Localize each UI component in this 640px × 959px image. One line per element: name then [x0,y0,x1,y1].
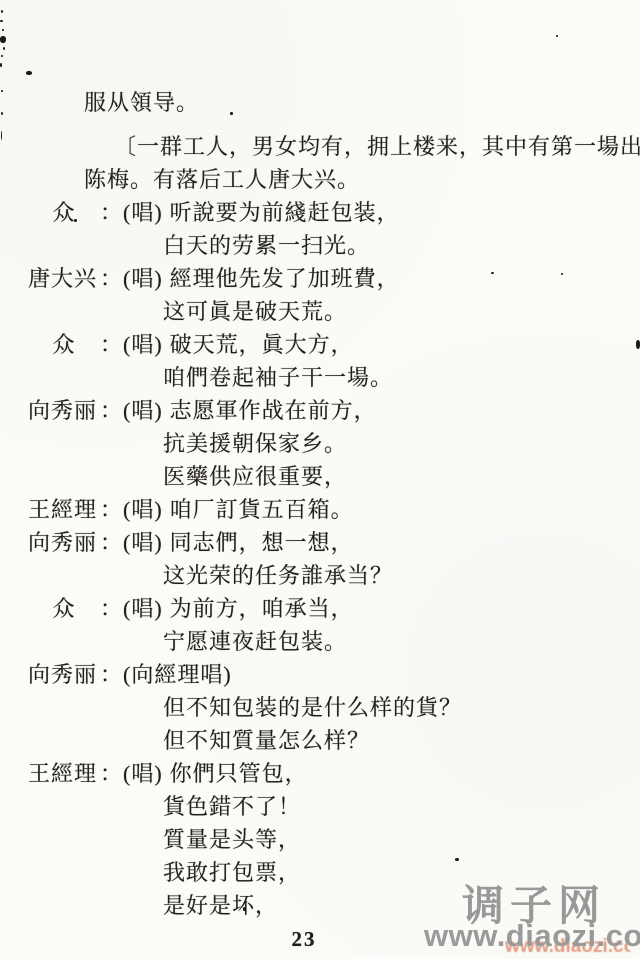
lyric-continuation-line: 白天的劳累一扫光。 [0,229,640,262]
sung-cue: (唱) [123,328,163,361]
speaker-colon: ： [100,196,123,229]
sung-cue: (向經理唱) [123,658,232,691]
lyric-line: 听說要为前綫赶包装， [170,196,400,229]
sung-cue: (唱) [123,592,163,625]
sung-cue: (唱) [123,262,163,295]
speaker-cell: 众： [28,592,123,625]
dialogue-entry-first-line: 众： (唱) 为前方，咱承当， [0,592,640,625]
lyric-line: 破天荒，眞大方， [170,328,354,361]
speaker-name: 众 [28,592,100,625]
speaker-colon: ： [100,658,123,691]
dialogue-entry: 向秀丽： (唱) 志愿軍作战在前方， 抗美援朝保家乡。医藥供应很重要， [0,394,640,493]
script-text-block: 服从領导。 〔一群工人，男女均有，拥上楼来，其中有第一場出現过的 陈梅。有落后工… [0,0,640,952]
lyric-line: 你們只管包， [170,757,308,790]
lyric-continuation-line: 这可眞是破天荒。 [0,295,640,328]
ink-speck [230,112,233,115]
lyric-continuation-line: 抗美援朝保家乡。 [0,427,640,460]
sung-cue: (唱) [123,757,163,790]
speaker-name: 唐大兴 [28,262,100,295]
lyric-line: 咱厂訂貨五百箱。 [170,493,354,526]
speaker-name: 王經理 [28,493,100,526]
scanned-page: 服从領导。 〔一群工人，男女均有，拥上楼来，其中有第一場出現过的 陈梅。有落后工… [0,0,640,959]
stage-direction-line: 〔一群工人，男女均有，拥上楼来，其中有第一場出現过的 [0,130,640,163]
lyric-continuation-line: 医藥供应很重要， [0,460,640,493]
lyric-continuation-line: 質量是头等， [0,823,640,856]
speaker-cell: 向秀丽： [28,394,123,427]
ink-speck [26,71,32,75]
sung-cue: (唱) [123,493,163,526]
dialogue-entry-first-line: 唐大兴： (唱) 經理他先发了加班費， [0,262,640,295]
dialogue-entry: 唐大兴： (唱) 經理他先发了加班費， 这可眞是破天荒。 [0,262,640,328]
speaker-name: 王經理 [28,757,100,790]
lyric-continuation-line: 但不知包装的是什么样的貨？ [0,691,640,724]
lyric-line: 为前方，咱承当， [170,592,354,625]
dialogue-entry: 众： (唱) 破天荒，眞大方， 咱們卷起袖子干一場。 [0,328,640,394]
ink-speck [2,29,4,31]
speaker-cell: 众： [28,328,123,361]
speaker-cell: 众： [28,196,123,229]
dialogue-entry: 向秀丽： (唱) 同志們，想一想， 这光荣的任务誰承当？ [0,526,640,592]
dialogue-entry: 众： (唱) 为前方，咱承当， 宁愿連夜赶包装。 [0,592,640,658]
dialogue-entry: 向秀丽： (向經理唱) 但不知包装的是什么样的貨？但不知質量怎么样？ [0,658,640,757]
lyric-line: 經理他先发了加班費， [170,262,400,295]
dialogue-list: 众： (唱) 听說要为前綫赶包装， 白天的劳累一扫光。 唐大兴： (唱) 經理他… [0,196,640,922]
speaker-cell: 唐大兴： [28,262,123,295]
ink-speck [74,219,77,222]
speaker-name: 众 [28,196,100,229]
speaker-name: 向秀丽 [28,658,100,691]
ink-speck [556,35,558,37]
ink-speck [0,20,3,22]
dialogue-entry: 王經理： (唱) 咱厂訂貨五百箱。 [0,493,640,526]
dialogue-entry-first-line: 王經理： (唱) 咱厂訂貨五百箱。 [0,493,640,526]
speaker-cell: 王經理： [28,757,123,790]
dialogue-entry-first-line: 向秀丽： (向經理唱) [0,658,640,691]
speaker-cell: 向秀丽： [28,526,123,559]
sung-cue: (唱) [123,196,163,229]
ink-speck [1,10,3,13]
speaker-colon: ： [100,262,123,295]
lyric-continuation-line: 貨色錯不了！ [0,790,640,823]
ink-speck [561,273,563,275]
ink-speck [1,90,3,92]
lyric-line: 同志們，想一想， [170,526,354,559]
ink-speck [0,36,6,43]
speaker-colon: ： [100,328,123,361]
dialogue-entry-first-line: 王經理： (唱) 你們只管包， [0,757,640,790]
watermark-site-url: www.diaozi.com [424,918,640,954]
dialogue-text-line: 服从領导。 [0,86,640,119]
speaker-name: 向秀丽 [28,526,100,559]
ink-speck [243,907,246,911]
ink-speck [491,272,494,274]
dialogue-entry-first-line: 向秀丽： (唱) 同志們，想一想， [0,526,640,559]
speaker-cell: 向秀丽： [28,658,123,691]
lyric-continuation-line: 咱們卷起袖子干一場。 [0,361,640,394]
speaker-colon: ： [100,526,123,559]
speaker-name: 众 [28,328,100,361]
dialogue-entry: 众： (唱) 听說要为前綫赶包装， 白天的劳累一扫光。 [0,196,640,262]
dialogue-entry-first-line: 众： (唱) 听說要为前綫赶包装， [0,196,640,229]
lyric-continuation-line: 但不知質量怎么样？ [0,724,640,757]
dialogue-entry-first-line: 众： (唱) 破天荒，眞大方， [0,328,640,361]
lyric-line: 志愿軍作战在前方， [170,394,377,427]
ink-speck [0,63,2,67]
dialogue-entry-first-line: 向秀丽： (唱) 志愿軍作战在前方， [0,394,640,427]
speaker-name: 向秀丽 [28,394,100,427]
ink-speck [1,131,2,140]
lyric-continuation-line: 宁愿連夜赶包装。 [0,625,640,658]
ink-speck [1,55,3,57]
speaker-colon: ： [100,592,123,625]
ink-speck [3,47,5,50]
speaker-colon: ： [100,757,123,790]
ink-speck [1,112,3,115]
stage-direction-line: 陈梅。有落后工人唐大兴。 [0,163,640,196]
speaker-colon: ： [100,394,123,427]
lyric-continuation-line: 这光荣的任务誰承当？ [0,559,640,592]
speaker-colon: ： [100,493,123,526]
ink-speck [636,340,640,349]
ink-speck [455,858,459,861]
sung-cue: (唱) [123,526,163,559]
sung-cue: (唱) [123,394,163,427]
speaker-cell: 王經理： [28,493,123,526]
